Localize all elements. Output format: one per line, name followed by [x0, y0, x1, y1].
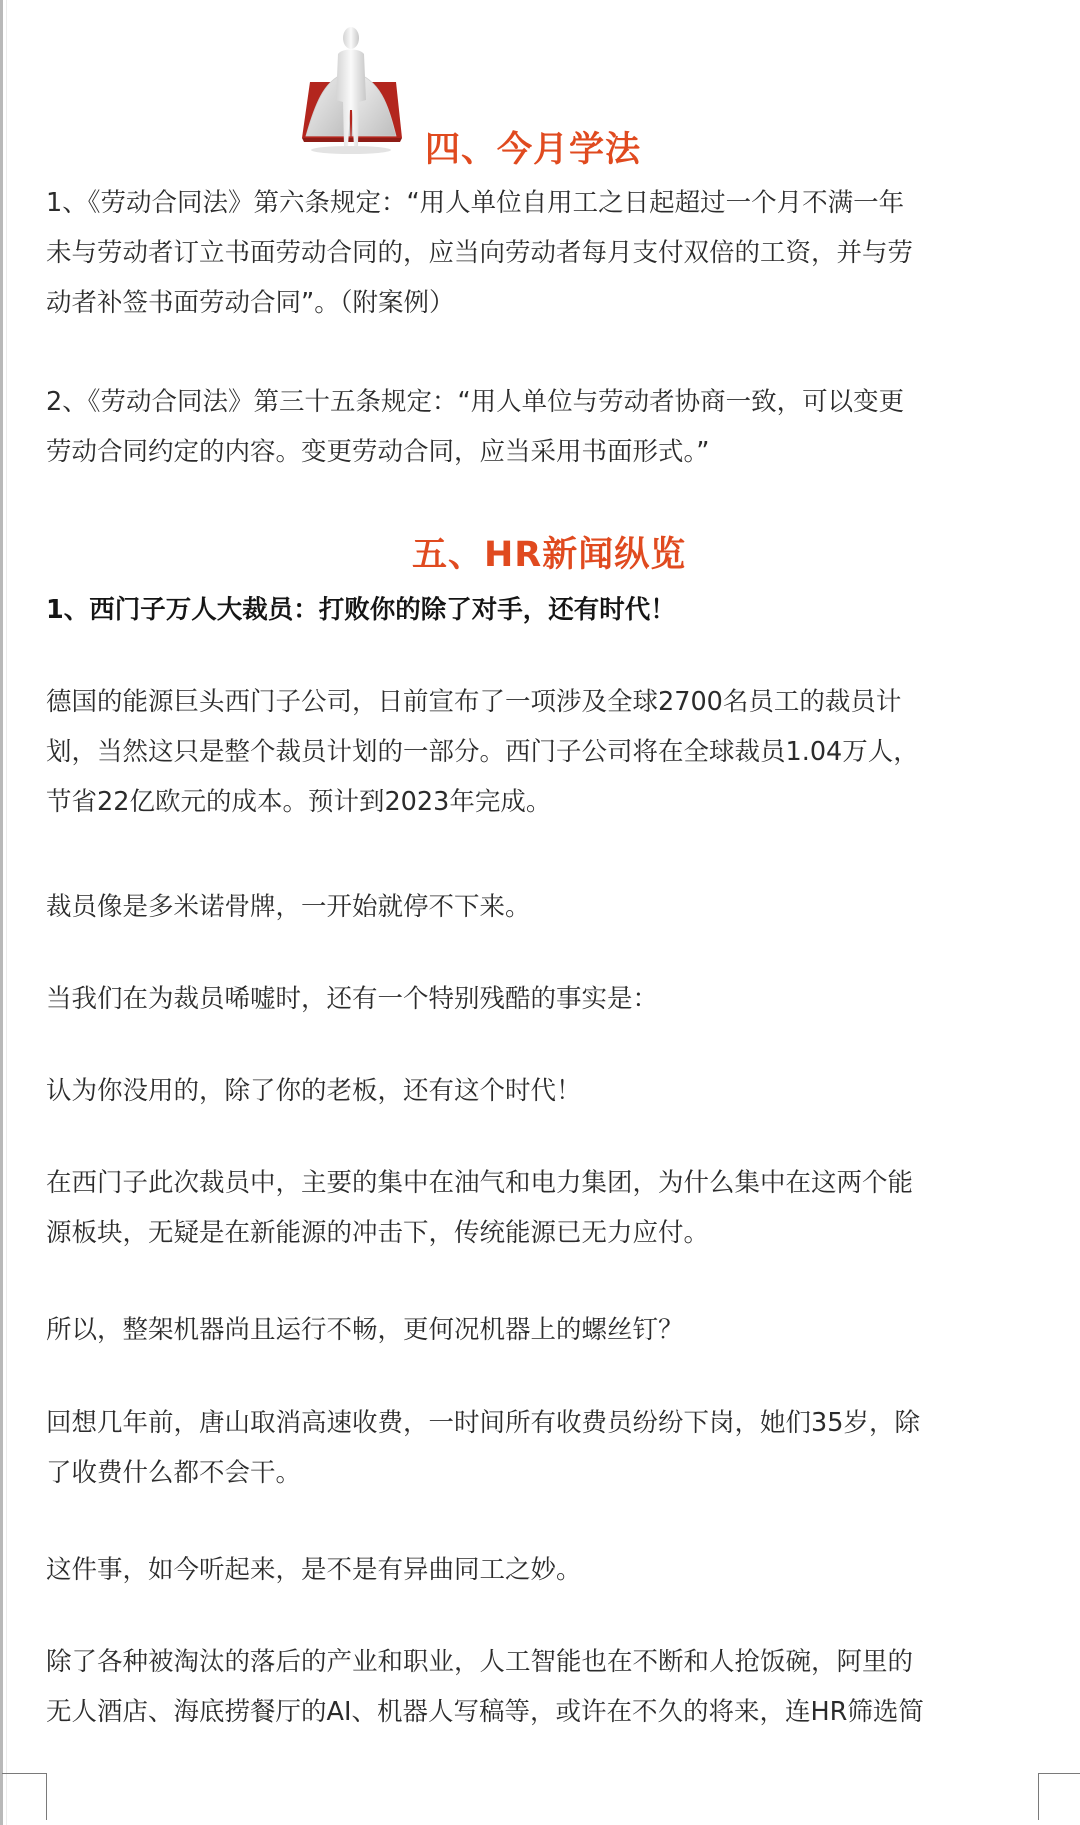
- text-line: 回想几年前，唐山取消高速收费，一时间所有收费员纷纷下岗，她们35岁，除: [46, 1398, 1036, 1448]
- text-line: 无人酒店、海底捞餐厅的AI、机器人写稿等，或许在不久的将来，连HR筛选简: [46, 1687, 1036, 1737]
- news-paragraph: 所以，整架机器尚且运行不畅，更何况机器上的螺丝钉？: [46, 1305, 1036, 1355]
- news-paragraph: 裁员像是多米诺骨牌，一开始就停不下来。: [46, 882, 1036, 932]
- text-line: 认为你没用的，除了你的老板，还有这个时代！: [46, 1066, 1036, 1116]
- text-line: 在西门子此次裁员中，主要的集中在油气和电力集团，为什么集中在这两个能: [46, 1158, 1036, 1208]
- text-line: 除了各种被淘汰的落后的产业和职业，人工智能也在不断和人抢饭碗，阿里的: [46, 1637, 1036, 1687]
- text-line: 当我们在为裁员唏嘘时，还有一个特别残酷的事实是：: [46, 974, 1036, 1024]
- text-line: 了收费什么都不会干。: [46, 1448, 1036, 1498]
- text-line: 这件事，如今听起来，是不是有异曲同工之妙。: [46, 1545, 1036, 1595]
- text-line: 1、《劳动合同法》第六条规定：“用人单位自用工之日起超过一个月不满一年: [46, 178, 1036, 228]
- document-page: 四、今月学法 1、《劳动合同法》第六条规定：“用人单位自用工之日起超过一个月不满…: [0, 0, 1080, 1825]
- text-line: 所以，整架机器尚且运行不畅，更何况机器上的螺丝钉？: [46, 1305, 1036, 1355]
- news-paragraph: 在西门子此次裁员中，主要的集中在油气和电力集团，为什么集中在这两个能 源板块，无…: [46, 1158, 1036, 1258]
- news-paragraph: 当我们在为裁员唏嘘时，还有一个特别残酷的事实是：: [46, 974, 1036, 1024]
- news-paragraph: 这件事，如今听起来，是不是有异曲同工之妙。: [46, 1545, 1036, 1595]
- text-line: 划，当然这只是整个裁员计划的一部分。西门子公司将在全球裁员1.04万人，: [46, 727, 1036, 777]
- news-paragraph: 德国的能源巨头西门子公司，日前宣布了一项涉及全球2700名员工的裁员计 划，当然…: [46, 677, 1036, 827]
- news-paragraph: 除了各种被淘汰的落后的产业和职业，人工智能也在不断和人抢饭碗，阿里的 无人酒店、…: [46, 1637, 1036, 1737]
- news-paragraph: 回想几年前，唐山取消高速收费，一时间所有收费员纷纷下岗，她们35岁，除 了收费什…: [46, 1398, 1036, 1498]
- text-line: 动者补签书面劳动合同”。（附案例）: [46, 278, 1036, 328]
- section-title-monthly-law: 四、今月学法: [425, 122, 641, 172]
- section-title-hr-news: 五、HR新闻纵览: [412, 527, 686, 577]
- text-line: 德国的能源巨头西门子公司，日前宣布了一项涉及全球2700名员工的裁员计: [46, 677, 1036, 727]
- text-line: 节省22亿欧元的成本。预计到2023年完成。: [46, 777, 1036, 827]
- text-line: 2、《劳动合同法》第三十五条规定：“用人单位与劳动者协商一致，可以变更: [46, 377, 1036, 427]
- headline-text: 1、西门子万人大裁员：打败你的除了对手，还有时代！: [46, 585, 1036, 635]
- news-paragraph: 认为你没用的，除了你的老板，还有这个时代！: [46, 1066, 1036, 1116]
- law-item-2: 2、《劳动合同法》第三十五条规定：“用人单位与劳动者协商一致，可以变更 劳动合同…: [46, 377, 1036, 477]
- person-with-open-book-icon: [296, 20, 406, 160]
- text-line: 未与劳动者订立书面劳动合同的，应当向劳动者每月支付双倍的工资，并与劳: [46, 228, 1036, 278]
- page-corner-mark-bottom-left: [2, 1773, 47, 1820]
- news-headline: 1、西门子万人大裁员：打败你的除了对手，还有时代！: [46, 585, 1036, 635]
- text-line: 裁员像是多米诺骨牌，一开始就停不下来。: [46, 882, 1036, 932]
- text-line: 源板块，无疑是在新能源的冲击下，传统能源已无力应付。: [46, 1208, 1036, 1258]
- page-corner-mark-bottom-right: [1038, 1773, 1080, 1820]
- text-line: 劳动合同约定的内容。变更劳动合同，应当采用书面形式。”: [46, 427, 1036, 477]
- law-item-1: 1、《劳动合同法》第六条规定：“用人单位自用工之日起超过一个月不满一年 未与劳动…: [46, 178, 1036, 328]
